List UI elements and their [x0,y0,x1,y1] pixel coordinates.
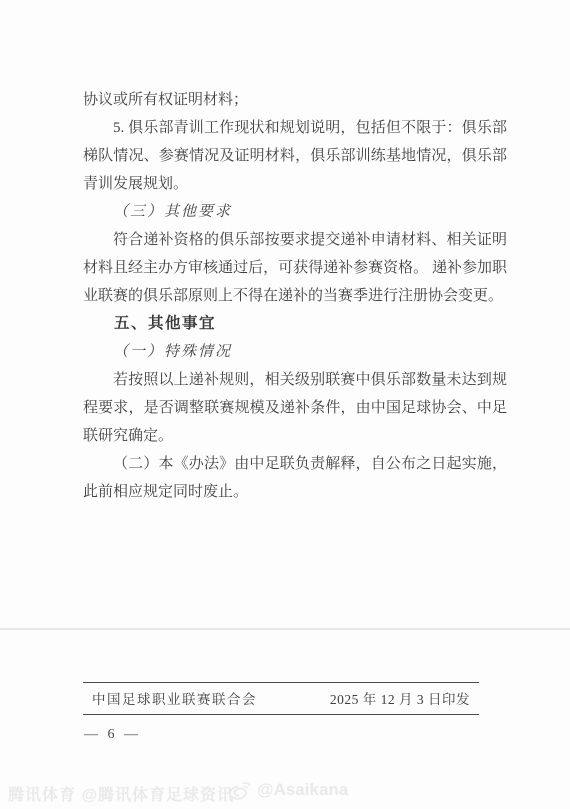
footer-issuer-label: 中国足球职业联赛联合会 [92,688,257,708]
scanned-document-page: { "page": { "background": "#fdfdfd", "te… [0,0,570,809]
scan-page-edge-line [0,628,570,630]
watermark-weibo-handle: @Asaikana [228,780,348,800]
footer-print-date: 2025 年 12 月 3 日印发 [330,688,470,708]
watermark-tencent-sports: 腾讯体育 @腾讯体育足球资讯 [8,782,234,805]
page-number: — 6 — [84,727,141,743]
subheading-other-requirements: （三）其他要求 [83,198,507,226]
paragraph-continuation: 协议或所有权证明材料； [83,86,507,114]
paragraph-special-situations-body: 若按照以上递补规则，相关级别联赛中俱乐部数量未达到规程要求，是否调整联赛规模及递… [83,366,507,450]
paragraph-supplementary-qualification: 符合递补资格的俱乐部按要求提交递补申请材料、相关证明材料且经主办方审核通过后，可… [83,226,507,310]
document-text-block: 协议或所有权证明材料； 5. 俱乐部青训工作现状和规划说明，包括但不限于：俱乐部… [83,86,507,506]
paragraph-item-5: 5. 俱乐部青训工作现状和规划说明，包括但不限于：俱乐部梯队情况、参赛情况及证明… [83,114,507,198]
subheading-special-situations: （一）特殊情况 [83,338,507,366]
weibo-icon [228,780,252,800]
document-footer: 中国足球职业联赛联合会 2025 年 12 月 3 日印发 [83,682,479,715]
heading-section-5-other-matters: 五、其他事宜 [83,310,507,338]
watermark-handle-text: @Asaikana [257,780,348,800]
paragraph-interpretation-clause: （二）本《办法》由中足联负责解释，自公布之日起实施，此前相应规定同时废止。 [83,450,507,506]
